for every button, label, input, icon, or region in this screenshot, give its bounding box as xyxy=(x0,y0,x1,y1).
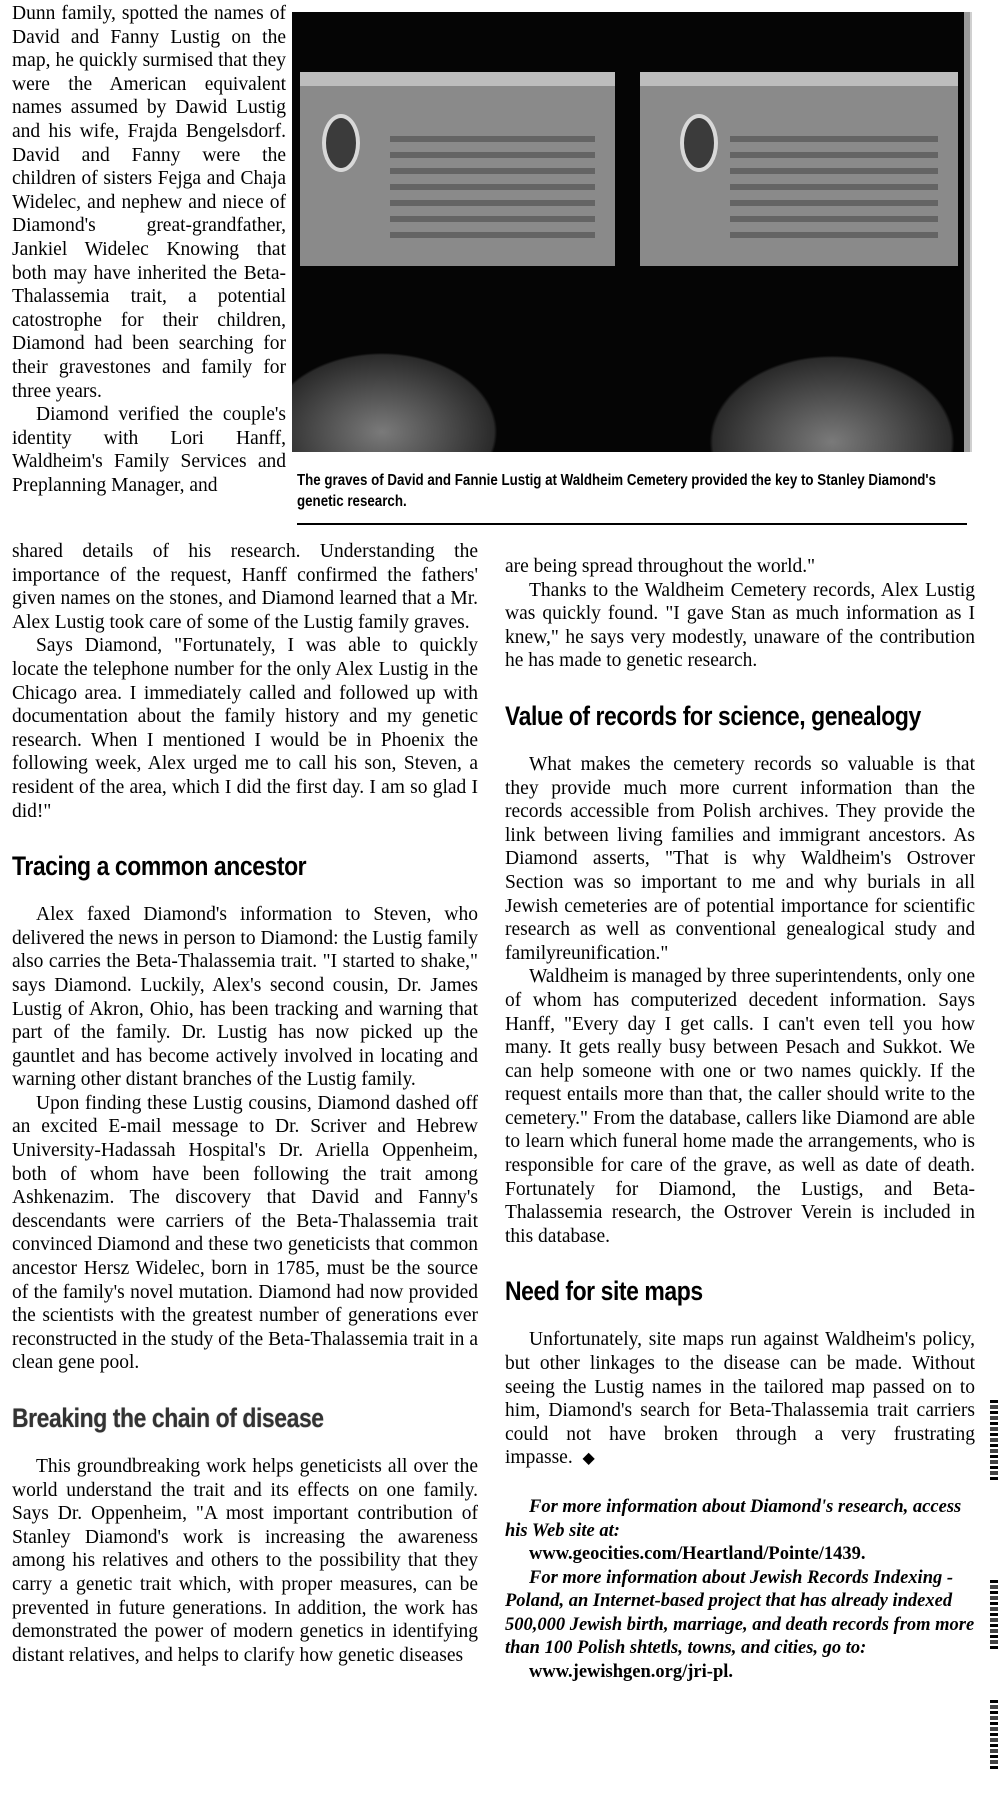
inscription xyxy=(730,126,938,246)
paragraph: shared details of his research. Understa… xyxy=(12,540,478,634)
portrait-oval xyxy=(322,114,360,172)
paragraph: Upon finding these Lustig cousins, Diamo… xyxy=(12,1092,478,1375)
gravestone-right xyxy=(640,72,958,266)
paragraph-text: Unfortunately, site maps run against Wal… xyxy=(505,1329,975,1468)
narrow-column: Dunn family, spotted the names of David … xyxy=(12,2,286,497)
section-heading: Breaking the chain of disease xyxy=(12,1403,408,1433)
scan-artifact xyxy=(990,1580,998,1650)
caption-rule xyxy=(297,523,967,525)
left-column: shared details of his research. Understa… xyxy=(12,540,478,1667)
inscription xyxy=(390,126,595,246)
paragraph: Thanks to the Waldheim Cemetery records,… xyxy=(505,579,975,673)
gravestone-left xyxy=(300,72,615,266)
end-mark-icon: ◆ xyxy=(582,1448,594,1467)
paragraph: Diamond verified the couple's identity w… xyxy=(12,403,286,497)
paragraph: What makes the cemetery records so valua… xyxy=(505,753,975,965)
paragraph: Unfortunately, site maps run against Wal… xyxy=(505,1328,975,1470)
section-heading: Value of records for science, genealogy xyxy=(505,701,905,731)
scan-artifact xyxy=(990,1400,998,1480)
paragraph: Alex faxed Diamond's information to Stev… xyxy=(12,903,478,1092)
paragraph: Says Diamond, "Fortunately, I was able t… xyxy=(12,634,478,823)
paragraph: Dunn family, spotted the names of David … xyxy=(12,2,286,403)
section-heading: Need for site maps xyxy=(505,1276,905,1306)
info-text: For more information about Diamond's res… xyxy=(505,1496,975,1543)
gravestones-photo xyxy=(292,12,964,452)
jri-pl-link[interactable]: www.jewishgen.org/jri-pl. xyxy=(505,1661,975,1685)
website-link[interactable]: www.geocities.com/Heartland/Pointe/1439. xyxy=(505,1543,975,1567)
scan-artifact xyxy=(990,1700,998,1770)
section-heading: Tracing a common ancestor xyxy=(12,851,408,881)
paragraph: Waldheim is managed by three superintend… xyxy=(505,965,975,1248)
info-box: For more information about Diamond's res… xyxy=(505,1496,975,1684)
photo-caption: The graves of David and Fannie Lustig at… xyxy=(297,470,968,512)
info-text: For more information about Jewish Record… xyxy=(505,1567,975,1661)
paragraph: This groundbreaking work helps geneticis… xyxy=(12,1455,478,1667)
right-column: are being spread throughout the world." … xyxy=(505,555,975,1684)
portrait-oval xyxy=(680,114,718,172)
paragraph: are being spread throughout the world." xyxy=(505,555,975,579)
